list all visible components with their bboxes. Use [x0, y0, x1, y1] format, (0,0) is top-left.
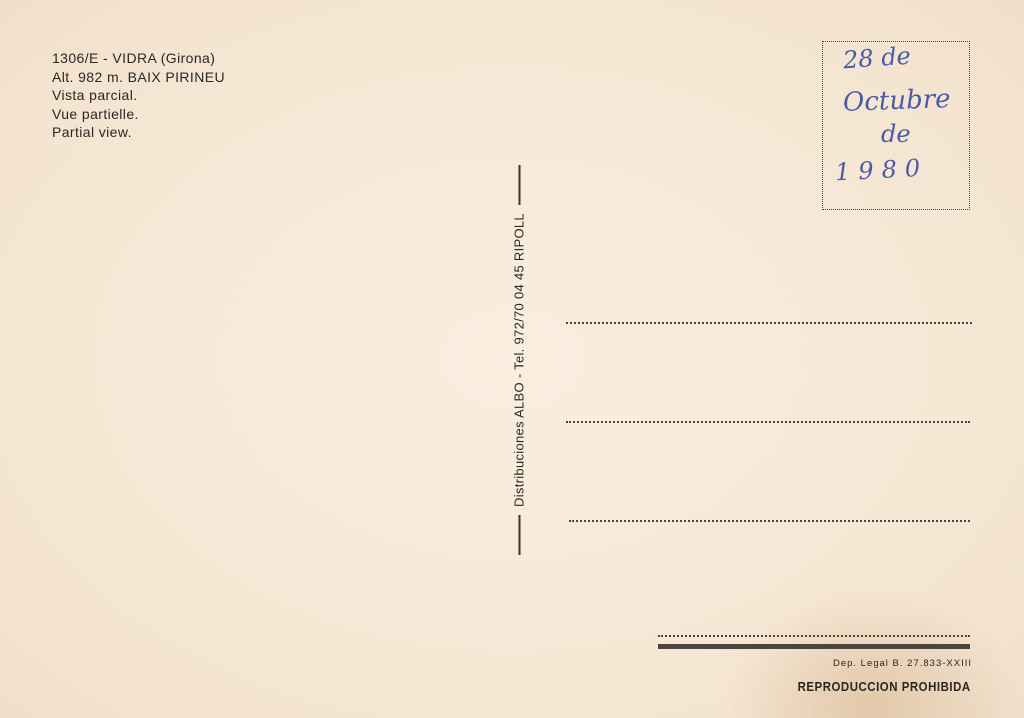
handwriting-month: Octubre — [843, 84, 952, 118]
caption-line-english: Partial view. — [52, 123, 225, 142]
caption-line-french: Vue partielle. — [52, 105, 225, 124]
address-line-3 — [569, 520, 970, 522]
publisher-divider: Distribuciones ALBO - Tel. 972/70 04 45 … — [512, 165, 527, 555]
address-line-4 — [658, 635, 970, 637]
address-line-2 — [566, 421, 970, 423]
handwriting-year: 1980 — [834, 154, 928, 187]
address-line-1 — [566, 322, 972, 324]
publisher-text: Distribuciones ALBO - Tel. 972/70 04 45 … — [512, 213, 527, 507]
caption-line-title: 1306/E - VIDRA (Girona) — [52, 49, 225, 68]
handwriting-day: 28 de — [842, 42, 912, 75]
handwriting-de: de — [881, 120, 911, 148]
handwritten-date: 28 de Octubre de 1980 — [823, 42, 969, 209]
divider-rule-right — [518, 165, 520, 205]
postcard-caption: 1306/E - VIDRA (Girona) Alt. 982 m. BAIX… — [52, 49, 225, 142]
postcard-back: 1306/E - VIDRA (Girona) Alt. 982 m. BAIX… — [0, 0, 1024, 718]
stamp-box: 28 de Octubre de 1980 — [822, 41, 970, 210]
reproduction-notice: REPRODUCCION PROHIBIDA — [798, 679, 971, 694]
caption-line-altitude: Alt. 982 m. BAIX PIRINEU — [52, 68, 225, 87]
divider-rule-left — [518, 515, 520, 555]
footer-bar — [658, 644, 970, 649]
legal-deposit: Dep. Legal B. 27.833-XXIII — [833, 658, 972, 669]
caption-line-catalan: Vista parcial. — [52, 86, 225, 105]
